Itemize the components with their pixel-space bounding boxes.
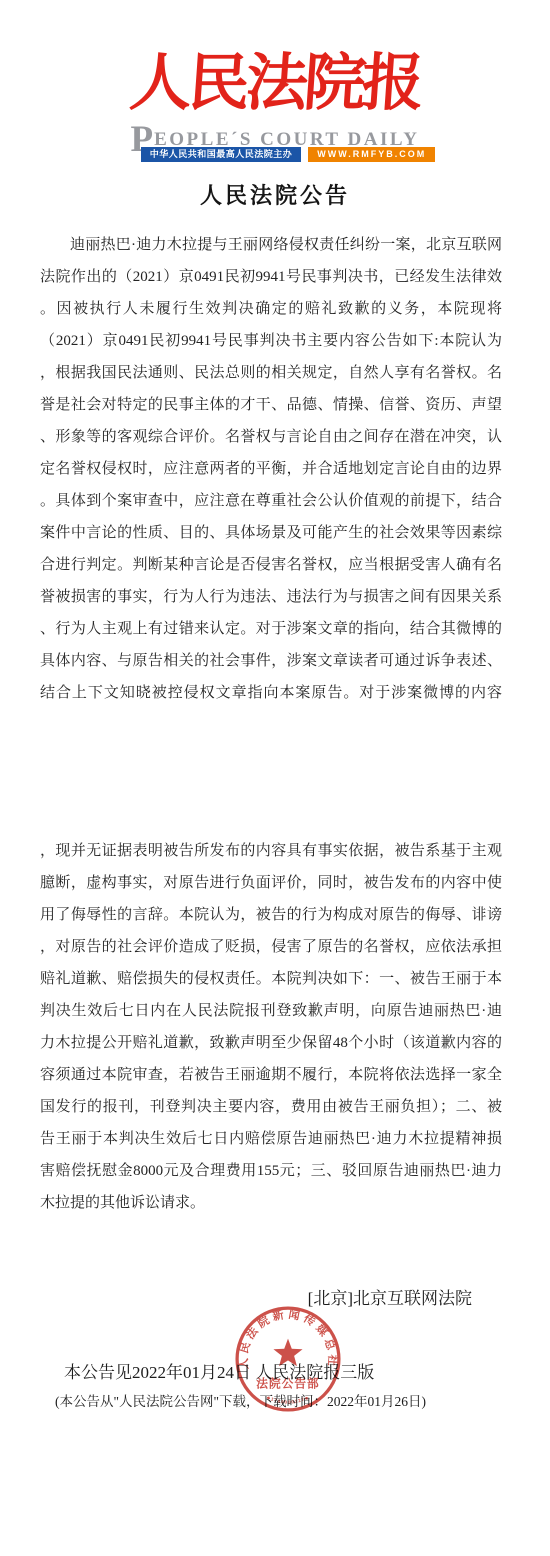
text-line: 。因被执行人未履行生效判决确定的赔礼致歉的义务，本院现将: [40, 293, 502, 325]
text-line: 具体内容、与原告相关的社会事件，涉案文章读者可通过诉争表述、: [40, 645, 502, 677]
text-line: 臆断，虚构事实，对原告进行负面评价，同时，被告发布的内容中使: [40, 867, 502, 899]
text-line: 赔礼道歉、赔偿损失的侵权责任。本院判决如下：一、被告王丽于本: [40, 963, 502, 995]
text-line: 结合上下文知晓被控侵权文章指向本案原告。对于涉案微博的内容: [40, 677, 502, 709]
text-line: 案件中言论的性质、目的、具体场景及可能产生的社会效果等因素综: [40, 517, 502, 549]
text-line: ，根据我国民法通则、民法总则的相关规定，自然人享有名誉权。名: [40, 357, 502, 389]
text-line: 、行为人主观上有过错来认定。对于涉案文章的指向，结合其微博的: [40, 613, 502, 645]
text-line: 害赔偿抚慰金8000元及合理费用155元；三、驳回原告迪丽热巴·迪力: [40, 1155, 502, 1187]
text-line: ，对原告的社会评价造成了贬损，侵害了原告的名誉权，应依法承担: [40, 931, 502, 963]
newspaper-logo: 人民法院报: [0, 40, 550, 126]
text-line: 容须通过本院审查，若被告王丽逾期不履行，本院将依法选择一家全: [40, 1059, 502, 1091]
text-line: 迪丽热巴·迪力木拉提与王丽网络侵权责任纠纷一案，北京互联网: [40, 229, 502, 261]
seal-serial-number: ◆1780000227◆: [266, 1395, 310, 1405]
text-line: ，现并无证据表明被告所发布的内容具有事实依据，被告系基于主观: [40, 835, 502, 867]
text-line: 定名誉权侵权时，应注意两者的平衡，并合适地划定言论自由的边界: [40, 453, 502, 485]
sponsor-strip: 中华人民共和国最高人民法院主办: [141, 147, 302, 162]
text-line: 、形象等的客观综合评价。名誉权与言论自由之间存在潜在冲突，认: [40, 421, 502, 453]
text-line: （2021）京0491民初9941号民事判决书主要内容公告如下:本院认为: [40, 325, 502, 357]
text-line: 木拉提的其他诉讼请求。: [40, 1187, 502, 1219]
text-line: 法院作出的（2021）京0491民初9941号民事判决书，已经发生法律效力: [40, 261, 502, 293]
text-line: 誉被损害的事实，行为人行为违法、违法行为与损害之间有因果关系: [40, 581, 502, 613]
text-line: 判决生效后七日内在人民法院报刊登致歉声明，向原告迪丽热巴·迪: [40, 995, 502, 1027]
text-line: 告王丽于本判决生效后七日内赔偿原告迪丽热巴·迪力木拉提精神损: [40, 1123, 502, 1155]
text-line: 誉是社会对特定的民事主体的才干、品德、情操、信誉、资历、声望: [40, 389, 502, 421]
text-line: 国发行的报刊，刊登判决主要内容，费用由被告王丽负担）；二、被: [40, 1091, 502, 1123]
announcement-paragraph-1: 迪丽热巴·迪力木拉提与王丽网络侵权责任纠纷一案，北京互联网法院作出的（2021）…: [40, 229, 502, 709]
seal-department-text: 法院公告部: [256, 1377, 320, 1391]
website-strip: WWW.RMFYB.COM: [308, 147, 435, 162]
document-page: 人民法院报 PEOPLE´S COURT DAILY 中华人民共和国最高人民法院…: [0, 0, 550, 1556]
official-seal: 人民法院新闻传媒总社 法院公告部 ◆1780000227◆: [232, 1303, 344, 1415]
announcement-title: 人民法院公告: [0, 179, 550, 210]
announcement-paragraph-2: ，现并无证据表明被告所发布的内容具有事实依据，被告系基于主观臆断，虚构事实，对原…: [40, 835, 502, 1219]
svg-text:◆1780000227◆: ◆1780000227◆: [266, 1395, 310, 1405]
text-line: 力木拉提公开赔礼道歉，致歉声明至少保留48个小时（该道歉内容的内: [40, 1027, 502, 1059]
text-line: 用了侮辱性的言辞。本院认为，被告的行为构成对原告的侮辱、诽谤: [40, 899, 502, 931]
text-line: 。具体到个案审查中，应注意在尊重社会公认价值观的前提下，结合: [40, 485, 502, 517]
star-icon: [273, 1339, 302, 1367]
masthead-strips: 中华人民共和国最高人民法院主办 WWW.RMFYB.COM: [0, 147, 550, 162]
text-line: 合进行判定。判断某种言论是否侵害名誉权，应当根据受害人确有名: [40, 549, 502, 581]
